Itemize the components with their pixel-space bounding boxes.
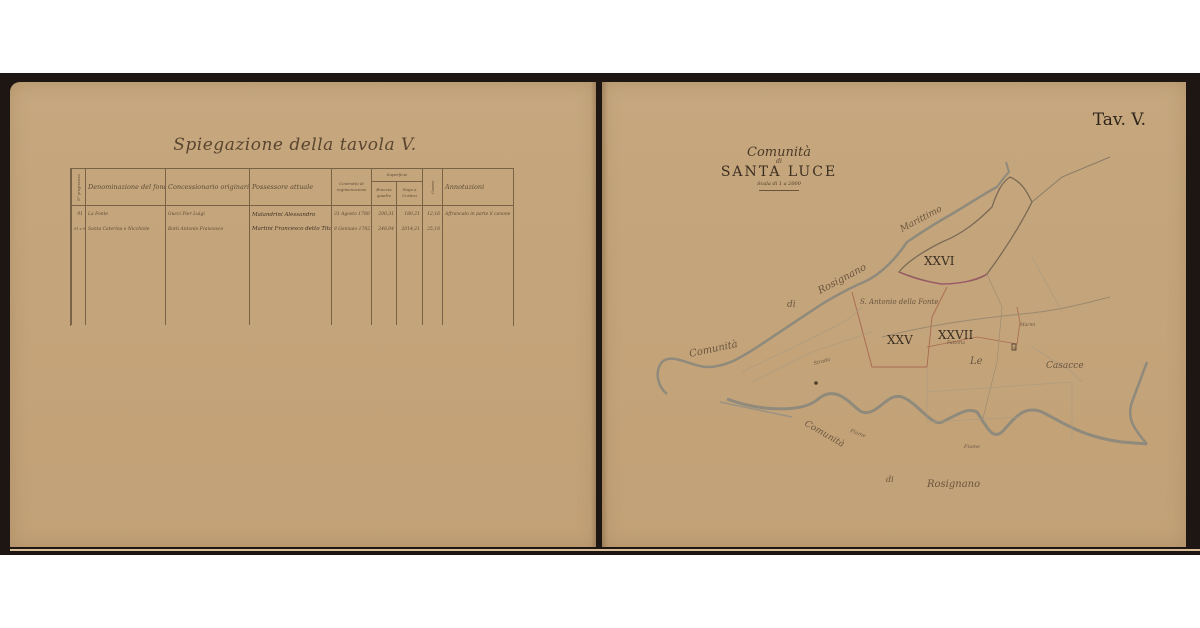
header-denomination: Denominazione del fondo: [86, 169, 166, 206]
cell-area1: 248,04: [372, 223, 397, 235]
label-comunita-bottom: Comunità: [803, 418, 847, 450]
parcel-label-xxvi: XXVI: [924, 254, 955, 268]
label-marmi: Marmi: [1019, 322, 1036, 328]
label-fiume-2: Fiume: [963, 444, 980, 450]
header-area-braccia: Braccia quadre: [372, 181, 397, 205]
header-notes: Annotazioni: [443, 169, 514, 206]
parcel-label-xxvii: XXVII: [938, 328, 973, 342]
header-number: N° progressivo: [72, 169, 86, 206]
river-east-branch: [1130, 362, 1147, 444]
left-page: Spiegazione della tavola V. N° progressi…: [10, 82, 596, 547]
cell-contract: 31 Agosto 1780: [332, 206, 372, 224]
label-fattoria: Fattoria: [946, 340, 965, 346]
explanation-table: N° progressivo Denominazione del fondo C…: [70, 168, 514, 326]
cell-notes: Affrancato in parte il canone: [443, 206, 514, 224]
label-rosignano-bottom: Rosignano: [926, 479, 980, 490]
label-di-left: di: [787, 300, 796, 310]
header-rent: Canone: [423, 169, 443, 206]
header-current-owner: Possessore attuale: [250, 169, 332, 206]
field-lines: [927, 257, 1082, 442]
well-marker: [814, 381, 818, 385]
label-strada: Strada: [813, 357, 831, 367]
label-marittimo: Marittimo: [898, 204, 945, 235]
header-original-grantee: Concessionario originario: [166, 169, 250, 206]
cell-rent: 25,18: [423, 223, 443, 235]
cell-area1: 200,31: [372, 206, 397, 224]
table-row: 91 La Fonte Gucci Pier Luigi Malandrini …: [72, 206, 514, 224]
cadastral-map: XXVI XXV XXVII Comunità di Rosignano Mar…: [602, 82, 1186, 547]
cell-notes: [443, 223, 514, 235]
page-edge: [10, 549, 1200, 551]
cell-number: 91 e 92: [72, 223, 86, 235]
label-di-bottom: di: [886, 475, 894, 484]
label-casacce: Casacce: [1046, 361, 1084, 371]
cell-area2: 180,21: [397, 206, 423, 224]
cell-current-owner: Malandrini Alessandro: [250, 206, 332, 224]
cell-area2: 2014,21: [397, 223, 423, 235]
cell-number: 91: [72, 206, 86, 224]
label-fiume-1: Fiume: [848, 428, 866, 439]
right-page: Tav. V. Comunità di SANTA LUCE Scala di …: [602, 82, 1186, 547]
scanned-document: Spiegazione della tavola V. N° progressi…: [0, 73, 1200, 555]
table-row: 91 e 92 Santa Caterina e Nicchiole Botti…: [72, 223, 514, 235]
cell-current-owner: Martini Francesco detto Tito: [250, 223, 332, 235]
header-area-staja: Staja a Cortesi: [397, 181, 423, 205]
boundary-thin: [982, 274, 1002, 422]
header-contract: Contratto di regimenazione: [332, 169, 372, 206]
label-number: 8: [1013, 346, 1016, 352]
cell-original-grantee: Botti Antonio Francesco: [166, 223, 250, 235]
parcel-xxvi: [899, 177, 1032, 284]
header-area-group: Superficie: [372, 169, 423, 182]
boundary-pink: [899, 272, 987, 284]
label-comunita-left: Comunità: [688, 339, 738, 360]
table-title: Spiegazione della tavola V.: [160, 135, 430, 155]
cell-contract: 8 Gennaio 1782: [332, 223, 372, 235]
cell-denomination: La Fonte: [86, 206, 166, 224]
river-lower: [727, 394, 1147, 444]
cell-original-grantee: Gucci Pier Luigi: [166, 206, 250, 224]
cell-denomination: Santa Caterina e Nicchiole: [86, 223, 166, 235]
cell-rent: 12,16: [423, 206, 443, 224]
road-ne: [1032, 157, 1110, 202]
label-le: Le: [969, 356, 983, 367]
label-s-antonio: S. Antonio della Fonte: [860, 298, 938, 306]
parcel-label-xxv: XXV: [887, 333, 913, 347]
